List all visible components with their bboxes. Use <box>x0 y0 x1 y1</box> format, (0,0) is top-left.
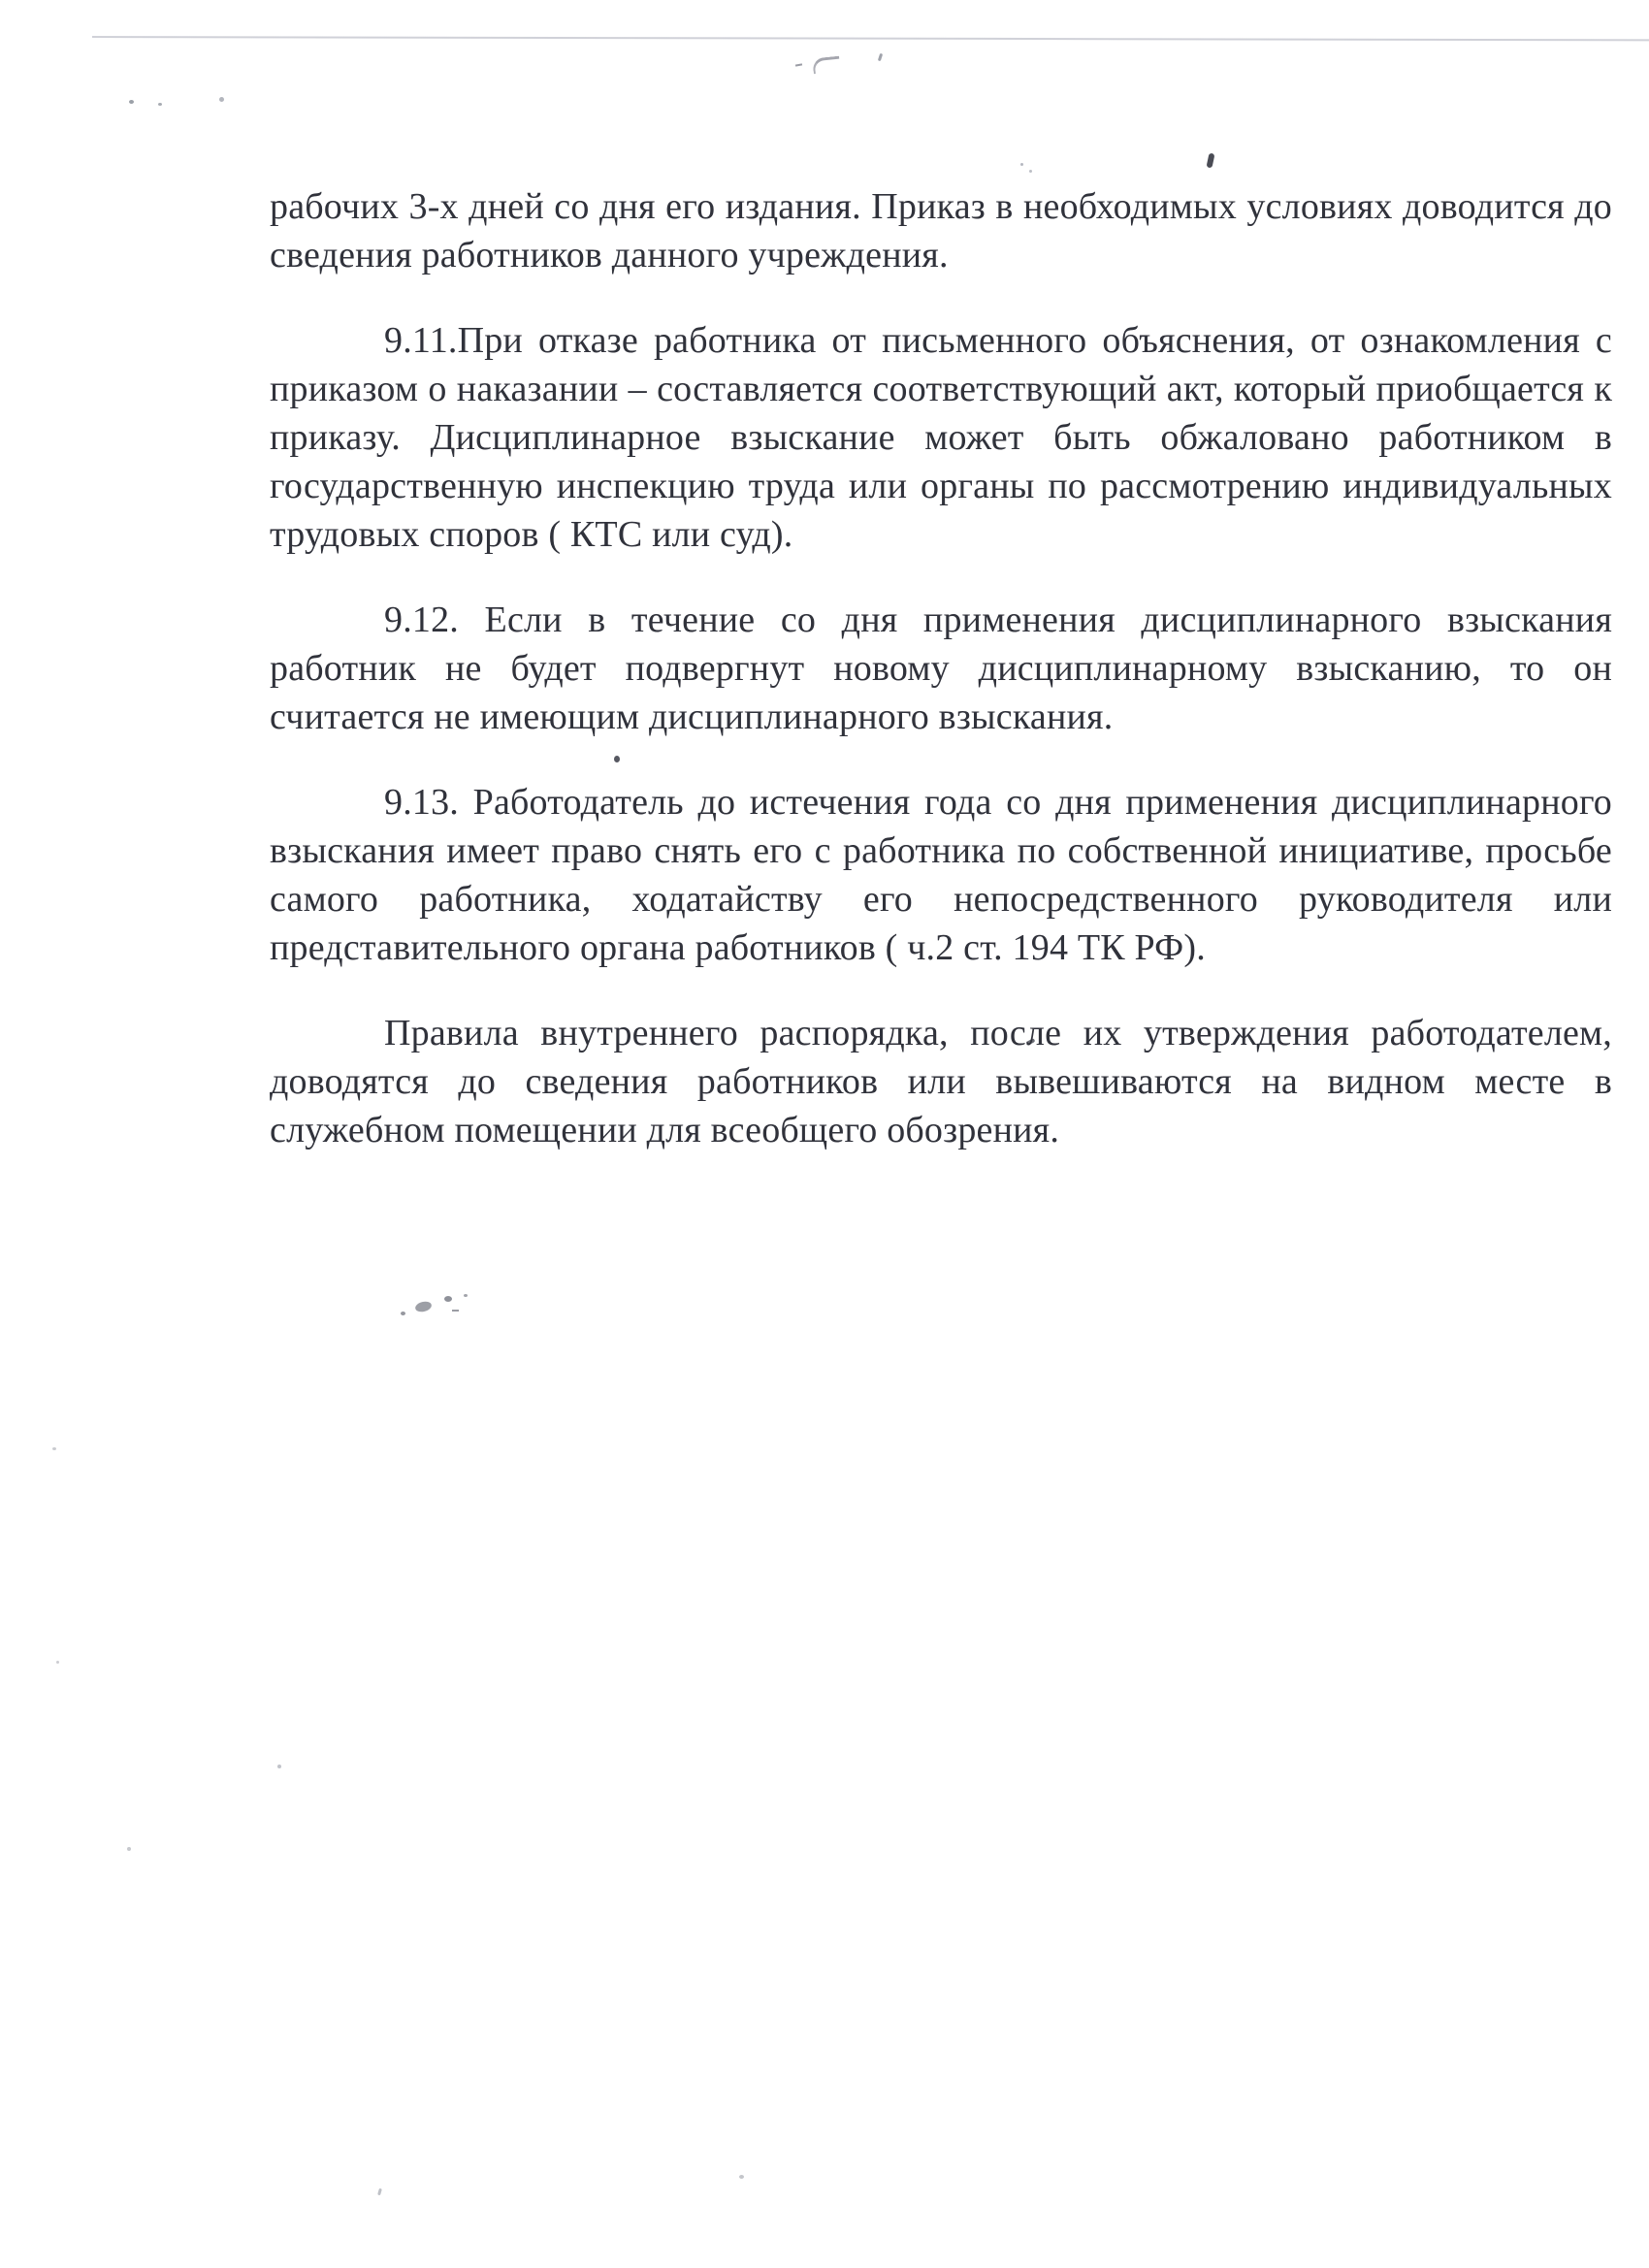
document-text-block: рабочих 3-х дней со дня его издания. При… <box>270 182 1612 1154</box>
scan-speck <box>1020 163 1023 166</box>
scan-speck <box>127 1847 131 1851</box>
scan-smudge <box>444 1296 452 1302</box>
scan-rule-line <box>92 36 1649 41</box>
scan-speck <box>739 2175 744 2179</box>
scan-smudge <box>464 1294 468 1297</box>
clause-9-13: 9.13. Работодатель до истечения года со … <box>270 778 1612 972</box>
scanned-document-page: рабочих 3-х дней со дня его издания. При… <box>0 0 1649 2268</box>
scan-speck <box>377 2188 382 2196</box>
scan-speck <box>1029 170 1032 173</box>
scan-speck <box>56 1661 59 1664</box>
clause-9-12: 9.12. Если в течение со дня применения д… <box>270 596 1612 741</box>
scan-speck <box>277 1765 281 1768</box>
scan-speck <box>158 103 162 106</box>
scan-ink-mark <box>1207 153 1215 169</box>
scan-speck <box>129 100 134 104</box>
paragraph-rules-posting: Правила внутреннего распорядка, после их… <box>270 1009 1612 1154</box>
scan-smudge <box>414 1300 433 1313</box>
scan-speck <box>52 1447 56 1450</box>
scan-smudge <box>452 1310 459 1312</box>
clause-9-11: 9.11.При отказе работника от письменного… <box>270 316 1612 559</box>
scan-squiggle <box>812 56 841 75</box>
scan-speck <box>219 97 224 102</box>
scan-smudge <box>401 1312 405 1315</box>
scan-speck <box>795 63 802 66</box>
paragraph-continuation: рабочих 3-х дней со дня его издания. При… <box>270 182 1612 279</box>
scan-speck <box>878 53 883 62</box>
